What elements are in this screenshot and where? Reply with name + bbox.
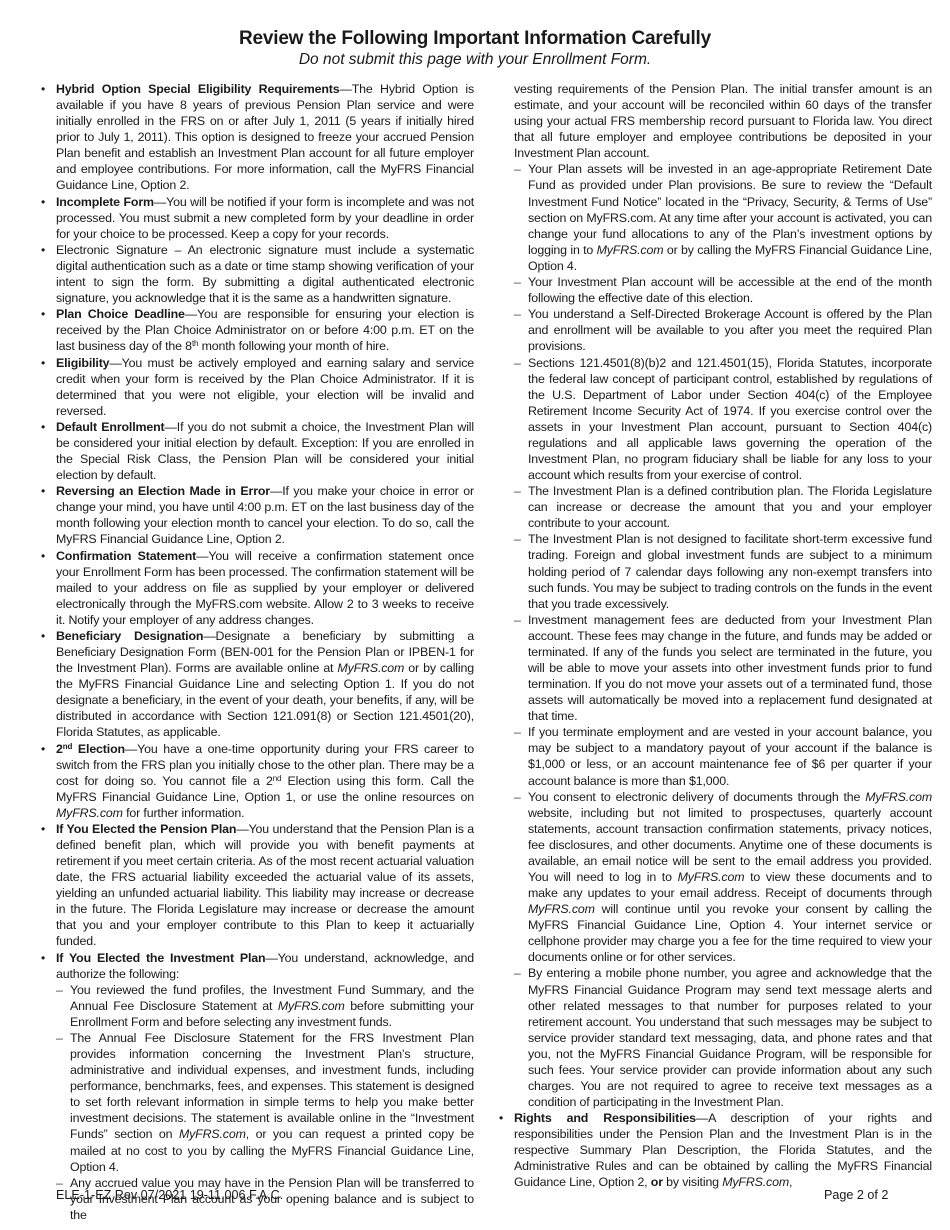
- list-item-confirmation-statement: Confirmation Statement—You will receive …: [56, 548, 474, 628]
- left-column: Hybrid Option Special Eligibility Requir…: [56, 81, 474, 1223]
- sub-item-account-accessible: Your Investment Plan account will be acc…: [528, 274, 932, 306]
- sub-item-excessive-trading: The Investment Plan is not designed to f…: [528, 531, 932, 611]
- sub-item-mandatory-payout: If you terminate employment and are vest…: [528, 724, 932, 788]
- list-item-plan-choice-deadline: Plan Choice Deadline—You are responsible…: [56, 306, 474, 354]
- list-item-investment-plan: If You Elected the Investment Plan—You u…: [56, 950, 474, 982]
- sub-item-fund-profiles: You reviewed the fund profiles, the Inve…: [70, 982, 474, 1030]
- sub-item-retirement-date-fund: Your Plan assets will be invested in an …: [528, 161, 932, 273]
- list-item-rights-responsibilities: Rights and Responsibilities—A descriptio…: [514, 1110, 932, 1190]
- list-item-beneficiary-designation: Beneficiary Designation—Designate a bene…: [56, 628, 474, 740]
- page-subtitle: Do not submit this page with your Enroll…: [0, 50, 950, 69]
- page-header: Review the Following Important Informati…: [0, 28, 950, 69]
- page-title: Review the Following Important Informati…: [0, 28, 950, 50]
- sub-item-electronic-delivery: You consent to electronic delivery of do…: [528, 789, 932, 966]
- list-item-pension-plan: If You Elected the Pension Plan—You unde…: [56, 821, 474, 949]
- sub-item-annual-fee-disclosure: The Annual Fee Disclosure Statement for …: [70, 1030, 474, 1174]
- sub-item-participant-control: Sections 121.4501(8)(b)2 and 121.4501(15…: [528, 355, 932, 483]
- list-item-default-enrollment: Default Enrollment—If you do not submit …: [56, 419, 474, 483]
- list-item-eligibility: Eligibility—You must be actively employe…: [56, 355, 474, 419]
- sub-item-management-fees: Investment management fees are deducted …: [528, 612, 932, 724]
- page-number: Page 2 of 2: [824, 1188, 888, 1202]
- sub-item-self-directed-brokerage: You understand a Self-Directed Brokerage…: [528, 306, 932, 354]
- list-item-second-election: 2nd Election—You have a one-time opportu…: [56, 741, 474, 821]
- list-item-accrued-value-continued: vesting requirements of the Pension Plan…: [514, 81, 932, 161]
- list-item-incomplete-form: Incomplete Form—You will be notified if …: [56, 194, 474, 242]
- sub-item-defined-contribution: The Investment Plan is a defined contrib…: [528, 483, 932, 531]
- form-identifier: ELE-1-EZ Rev 07/2021 19-11.006 F.A.C.: [56, 1188, 283, 1202]
- right-column: vesting requirements of the Pension Plan…: [514, 81, 932, 1190]
- list-item-electronic-signature: Electronic Signature – An electronic sig…: [56, 242, 474, 306]
- list-item-reversing-election: Reversing an Election Made in Error—If y…: [56, 483, 474, 547]
- sub-item-mobile-text-messages: By entering a mobile phone number, you a…: [528, 965, 932, 1109]
- list-item-hybrid-option: Hybrid Option Special Eligibility Requir…: [56, 81, 474, 193]
